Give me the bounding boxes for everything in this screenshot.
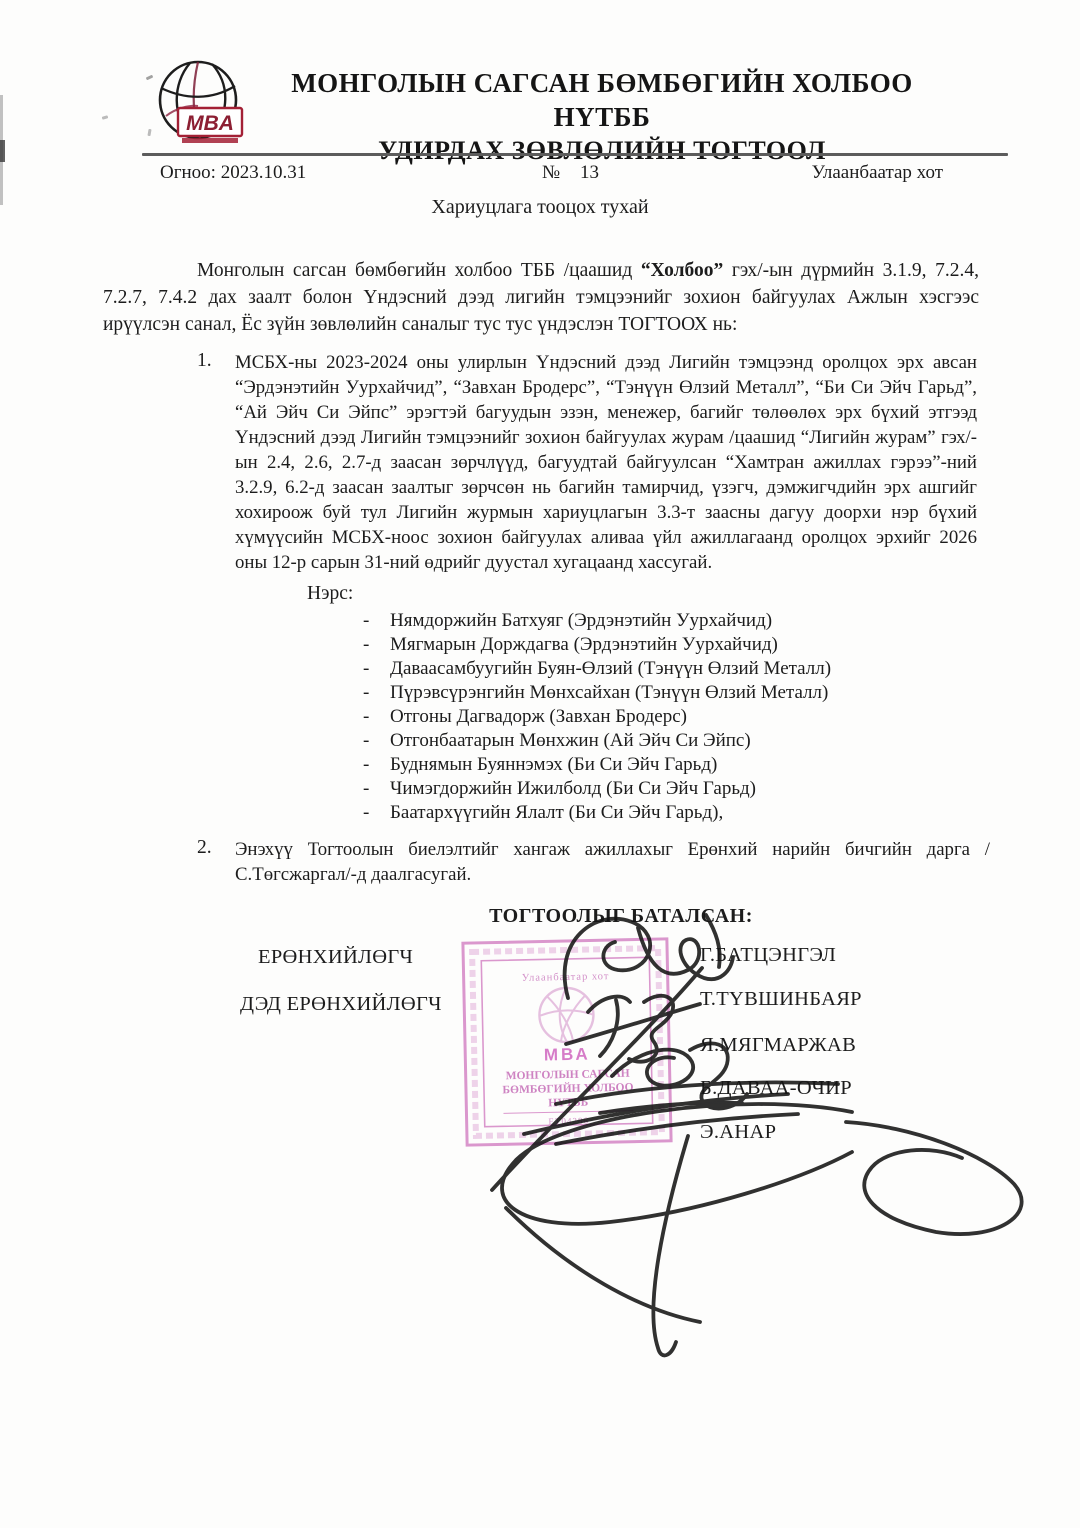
official-stamp: Улаанбаатар хот МВА МОНГОЛЫН САГСАН БӨМБ… [460,936,674,1148]
mba-basketball-logo: MBA [146,56,262,156]
preamble-paragraph: Монголын сагсан бөмбөгийн холбоо ТББ /ца… [103,257,979,338]
names-label: Нэрс: [307,583,997,605]
dash-marker: - [363,657,390,681]
person-name: Чимэгдоржийн Ижилболд (Би Си Эйч Гарьд) [390,777,756,801]
preamble-bold: “Холбоо” [641,260,723,281]
dash-marker: - [363,705,390,729]
stamp-graphic: Улаанбаатар хот МВА МОНГОЛЫН САГСАН БӨМБ… [460,936,674,1148]
item-1-number: 1. [197,350,212,372]
banned-names-list: -Нямдоржийн Батхуяг (Эрдэнэтийн Уурхайчи… [363,609,997,825]
signer-title-president: ЕРӨНХИЙЛӨГЧ [258,946,413,969]
item-2-text: Энэхүү Тогтоолын биелэлтийг хангаж ажилл… [235,837,990,887]
document-page: MBA МОНГОЛЫН САГСАН БӨМБӨГИЙН ХОЛБОО НҮТ… [0,0,1080,1528]
signer-name-1: Г.БАТЦЭНГЭЛ [700,944,836,967]
resolution-body: 1. МСБХ-ны 2023-2024 оны улирлын Үндэсни… [197,350,997,887]
logo-text: MBA [186,112,234,135]
person-name: Пүрэвсүрэнгийн Мөнхсайхан (Тэнүүн Өлзий … [390,681,828,705]
dash-marker: - [363,681,390,705]
scan-speck [102,115,109,119]
person-name: Отгонбаатарын Мөнхжин (Ай Эйч Си Эйпс) [390,729,751,753]
list-item: -Буднямын Буяннэмэх (Би Си Эйч Гарьд) [363,753,997,777]
stamp-brand-text: МВА [544,1045,591,1065]
signer-name-3: Я.МЯГМАРЖАВ [700,1034,856,1057]
signer-title-vice-president: ДЭД ЕРӨНХИЙЛӨГЧ [240,993,442,1016]
scan-edge-notch [0,140,5,162]
dash-marker: - [363,729,390,753]
person-name: Даваасамбуугийн Буян-Өлзий (Тэнүүн Өлзий… [390,657,831,681]
stamp-basketball-icon [539,987,594,1042]
number-sign: № [542,162,560,184]
signer-name-4: Б.ДАВАА-ОЧИР [700,1077,852,1100]
signer-name-5: Э.АНАР [700,1121,776,1144]
document-number: 13 [580,162,599,184]
stamp-registration-text: ЕТ04286 [548,1116,589,1127]
person-name: Баатархүүгийн Ялалт (Би Си Эйч Гарьд), [390,801,723,825]
resolution-item-2: 2. Энэхүү Тогтоолын биелэлтийг хангаж аж… [197,837,997,887]
item-1-text: МСБХ-ны 2023-2024 оны улирлын Үндэсний д… [235,350,977,575]
stamp-org-line3: НҮТББ [548,1097,589,1110]
person-name: Мягмарын Дорждагва (Эрдэнэтийн Уурхайчид… [390,633,778,657]
list-item: -Мягмарын Дорждагва (Эрдэнэтийн Уурхайчи… [363,633,997,657]
dash-marker: - [363,633,390,657]
document-date: Огноо: 2023.10.31 [160,162,306,184]
list-item: -Даваасамбуугийн Буян-Өлзий (Тэнүүн Өлзи… [363,657,997,681]
list-item: -Баатархүүгийн Ялалт (Би Си Эйч Гарьд), [363,801,997,825]
resolution-item-1: 1. МСБХ-ны 2023-2024 оны улирлын Үндэсни… [197,350,997,575]
header-divider [142,153,1008,156]
stamp-org-line1: МОНГОЛЫН САГСАН [506,1068,630,1083]
dash-marker: - [363,777,390,801]
list-item: -Нямдоржийн Батхуяг (Эрдэнэтийн Уурхайчи… [363,609,997,633]
city-label: Улаанбаатар хот [812,162,943,184]
meta-row: Огноо: 2023.10.31 № 13 Улаанбаатар хот [142,162,1008,188]
person-name: Нямдоржийн Батхуяг (Эрдэнэтийн Уурхайчид… [390,609,772,633]
basketball-icon: MBA [146,56,262,156]
preamble-before: Монголын сагсан бөмбөгийн холбоо ТББ /ца… [197,260,641,281]
person-name: Буднямын Буяннэмэх (Би Си Эйч Гарьд) [390,753,717,777]
dash-marker: - [363,753,390,777]
list-item: -Чимэгдоржийн Ижилболд (Би Си Эйч Гарьд) [363,777,997,801]
header-line1: МОНГОЛЫН САГСАН БӨМБӨГИЙН ХОЛБОО НҮТББ [252,66,952,134]
signer-name-2: Т.ТҮВШИНБАЯР [700,988,862,1011]
item-2-number: 2. [197,837,212,859]
list-item: -Отгонбаатарын Мөнхжин (Ай Эйч Си Эйпс) [363,729,997,753]
list-item: -Пүрэвсүрэнгийн Мөнхсайхан (Тэнүүн Өлзий… [363,681,997,705]
stamp-city-text: Улаанбаатар хот [522,971,610,984]
person-name: Отгоны Дагвадорж (Завхан Бродерс) [390,705,687,729]
dash-marker: - [363,609,390,633]
document-subject: Хариуцлага тооцох тухай [0,196,1080,219]
list-item: -Отгоны Дагвадорж (Завхан Бродерс) [363,705,997,729]
dash-marker: - [363,801,390,825]
stamp-org-line2: БӨМБӨГИЙН ХОЛБОО [502,1080,633,1097]
approval-heading: ТОГТООЛЫГ БАТАЛСАН: [162,905,1080,928]
